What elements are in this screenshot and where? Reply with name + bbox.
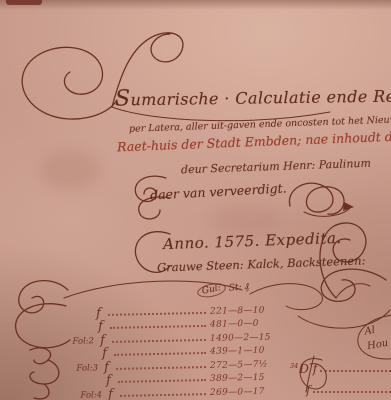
florin-mark: f xyxy=(102,349,112,359)
dotted-leader xyxy=(118,370,206,383)
dotted-leader xyxy=(110,316,206,329)
manuscript-page: Sumarische · Calculatie ende Rekeninghe … xyxy=(0,0,391,400)
dotted-leader xyxy=(120,384,206,397)
dotted-leader xyxy=(114,343,206,356)
folio-label: Fol:4 xyxy=(68,390,102,400)
title-rest: umarische · Calculatie ende Rekeninghe xyxy=(130,85,391,109)
florin-mark: f xyxy=(98,322,108,332)
header-stuiver-penning: St: ₰ xyxy=(229,282,250,293)
florin-mark: f xyxy=(108,390,118,400)
line-secretarium: deur Secretarium Henr: Paulinum xyxy=(181,157,371,177)
parchment-stain xyxy=(40,150,100,190)
dotted-leader xyxy=(116,357,206,370)
ink-streak xyxy=(6,0,42,5)
florin-mark: f xyxy=(106,376,116,386)
document-title: Sumarische · Calculatie ende Rekeninghe xyxy=(115,81,391,111)
title-initial: S xyxy=(115,86,131,111)
knot-flourish-icon xyxy=(284,176,360,220)
amount-value: 269—0—17 xyxy=(210,386,288,398)
initial-s-flourish-icon xyxy=(12,22,332,127)
dotted-leader xyxy=(108,303,206,316)
yogh-flourish-icon xyxy=(16,344,68,400)
dotted-leader xyxy=(112,330,206,343)
letter-d-flourish-icon xyxy=(292,352,332,394)
